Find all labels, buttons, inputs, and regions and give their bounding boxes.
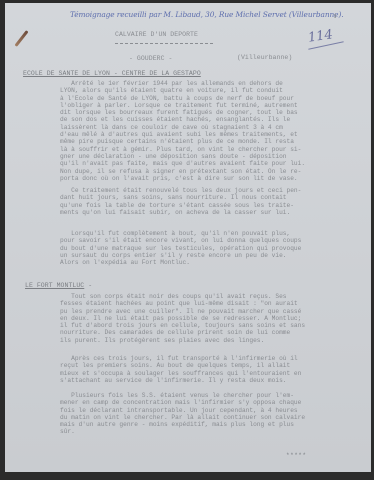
paragraph: Tout son corps était noir des coups qu'i… [60, 293, 360, 344]
text-line: à l'Ecole de Santé de LYON, battu à coup… [60, 95, 360, 102]
text-line: porta donc où on l'avait pris, c'est à d… [60, 175, 360, 182]
document-place: (Villeurbanne) [237, 54, 292, 61]
paper-clip-mark [14, 30, 28, 47]
text-line: laissèrent là dans ce couloir de cave où… [60, 124, 360, 131]
text-line: pu les prendre avec une cuiller". Il ne … [60, 308, 360, 315]
paragraph: Arrêté le 1er février 1944 par les allem… [60, 80, 360, 182]
end-mark: ***** [286, 452, 307, 459]
text-line: en deux. Il ne lui était pas possible de… [60, 315, 360, 322]
text-line: d'eau mêlé à d'autres qui avaient subi l… [60, 131, 360, 138]
text-line: là à souffrir et à gémir. Plus tard, on … [60, 146, 360, 153]
text-line: de son dos et les cuisses étaient hachés… [60, 116, 360, 123]
text-line: Ce traitement était renouvelé tous les d… [60, 187, 360, 194]
section-heading-ecole: ECOLE DE SANTE DE LYON - CENTRE DE LA GE… [23, 70, 201, 77]
text-line: pour savoir s'il était encore vivant, on… [60, 237, 360, 244]
section-heading-montluc-label: LE FORT MONTLUC [25, 282, 84, 289]
paragraph: Plusieurs fois les S.S. étaient venus le… [60, 392, 360, 436]
text-line: ils purent. Ils protégèrent ses plaies a… [60, 337, 360, 344]
text-line: mieux et s'occupa à soulager les souffra… [60, 370, 360, 377]
text-line: du bout d'une matraque sur les testicule… [60, 245, 360, 252]
heading-dash: - [88, 282, 92, 289]
paragraph: Ce traitement était renouvelé tous les d… [60, 187, 360, 216]
text-line: du matin on vint le chercher. Par là all… [60, 414, 360, 421]
text-line: Alors on l'expédia au Fort Montluc. [60, 259, 360, 266]
text-line: mener en camp de concentration mais l'in… [60, 399, 360, 406]
text-line: nourriture. Des camarades de cellule pri… [60, 329, 360, 336]
text-line: Lorsqu'il fut complètement à bout, qu'il… [60, 230, 360, 237]
text-line: sûr. [60, 428, 360, 435]
text-line: même pire puisque certains n'étaient plu… [60, 138, 360, 145]
text-line: reçut les premiers soins. Au bout de que… [60, 362, 360, 369]
text-line: gner une déclaration - une déposition sa… [60, 153, 360, 160]
text-line: Plusieurs fois les S.S. étaient venus le… [60, 392, 360, 399]
document-page: Témoignage recueilli par M. Libaud, 30, … [5, 3, 371, 472]
text-line: ments qu'on lui faisait subir, on acheva… [60, 209, 360, 216]
document-title: CALVAIRE D'UN DEPORTE [115, 31, 198, 38]
text-line: LYON, alors qu'ils étaient quatre en voi… [60, 87, 360, 94]
text-line: dit lorsque les bourreaux furent fatigué… [60, 109, 360, 116]
text-line: dant huit jours, sans soins, sans nourri… [60, 194, 360, 201]
text-line: Arrêté le 1er février 1944 par les allem… [60, 80, 360, 87]
paragraph: Après ces trois jours, il fut transporté… [60, 355, 360, 384]
text-line: s'attachant au service de l'infirmerie. … [60, 377, 360, 384]
text-line: Après ces trois jours, il fut transporté… [60, 355, 360, 362]
text-line: qu'il n'avait pas faite, mais que d'autr… [60, 160, 360, 167]
page-number: I [334, 13, 336, 20]
text-line: l'obliger à parler. Lorsque ce traitemen… [60, 102, 360, 109]
folio-number: 114 [307, 27, 334, 45]
title-rule [115, 43, 213, 44]
text-line: il fut d'abord trois jours en cellule, t… [60, 322, 360, 329]
text-line: Non dupe, il se refusa à signer en préte… [60, 168, 360, 175]
text-line: Tout son corps était noir des coups qu'i… [60, 293, 360, 300]
handwritten-annotation: Témoignage recueilli par M. Libaud, 30, … [70, 10, 344, 19]
text-line: mais d'un autre genre - moins expéditif,… [60, 421, 360, 428]
section-heading-montluc: LE FORT MONTLUC- [25, 282, 92, 289]
text-line: qu'une fois la table de torture s'étant … [60, 202, 360, 209]
paragraph: Lorsqu'il fut complètement à bout, qu'il… [60, 230, 360, 266]
text-line: fois le déclarant intransportable. Un jo… [60, 407, 360, 414]
text-line: fesses étaient hachées au point que lui-… [60, 300, 360, 307]
document-subtitle: - GOUDERC - [129, 55, 172, 62]
text-line: un sursaut du corps entier s'il y reste … [60, 252, 360, 259]
